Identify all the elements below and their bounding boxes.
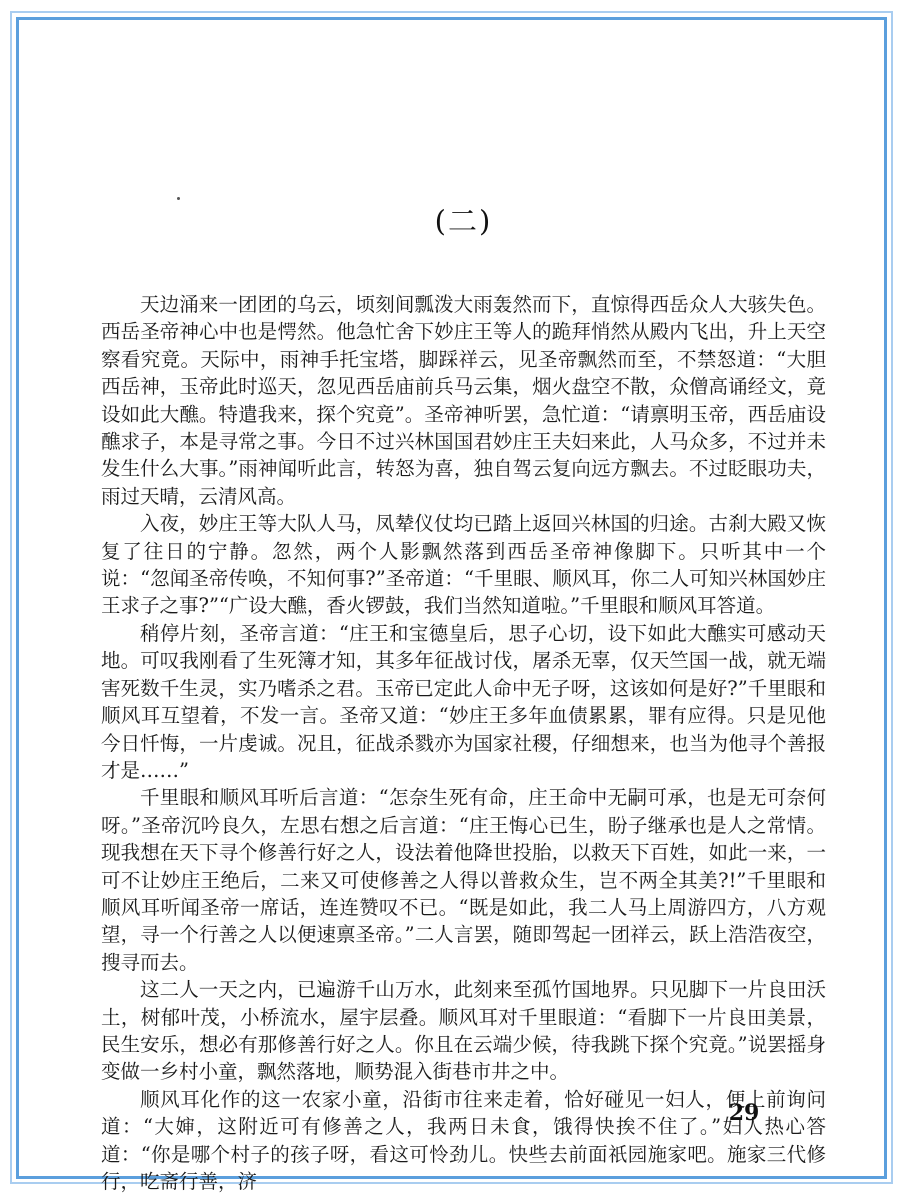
paragraph-1: 天边涌来一团团的乌云，顷刻间瓢泼大雨轰然而下，直惊得西岳众人大骇失色。西岳圣帝神… xyxy=(101,291,826,510)
page-number: 29 xyxy=(726,1100,762,1126)
paragraph-4: 千里眼和顺风耳听后言道：“怎奈生死有命，庄王命中无嗣可承，也是无可奈何呀。”圣帝… xyxy=(101,784,826,976)
paragraph-3: 稍停片刻，圣帝言道：“庄王和宝德皇后，思子心切，设下如此大醮实可感动天地。可叹我… xyxy=(101,620,826,784)
book-page: (二) 天边涌来一团团的乌云，顷刻间瓢泼大雨轰然而下，直惊得西岳众人大骇失色。西… xyxy=(0,0,900,1197)
body-text: 天边涌来一团团的乌云，顷刻间瓢泼大雨轰然而下，直惊得西岳众人大骇失色。西岳圣帝神… xyxy=(101,291,826,1195)
paragraph-2: 入夜，妙庄王等大队人马，凤辇仪仗均已踏上返回兴林国的归途。古刹大殿又恢复了往日的… xyxy=(101,510,826,620)
chapter-heading: (二) xyxy=(101,199,826,240)
paragraph-5: 这二人一天之内，已遍游千山万水，此刻来至孤竹国地界。只见脚下一片良田沃土，树郁叶… xyxy=(101,976,826,1086)
paragraph-6: 顺风耳化作的这一农家小童，沿街市往来走着，恰好碰见一妇人，便上前询问道：“大婶，… xyxy=(101,1086,826,1196)
